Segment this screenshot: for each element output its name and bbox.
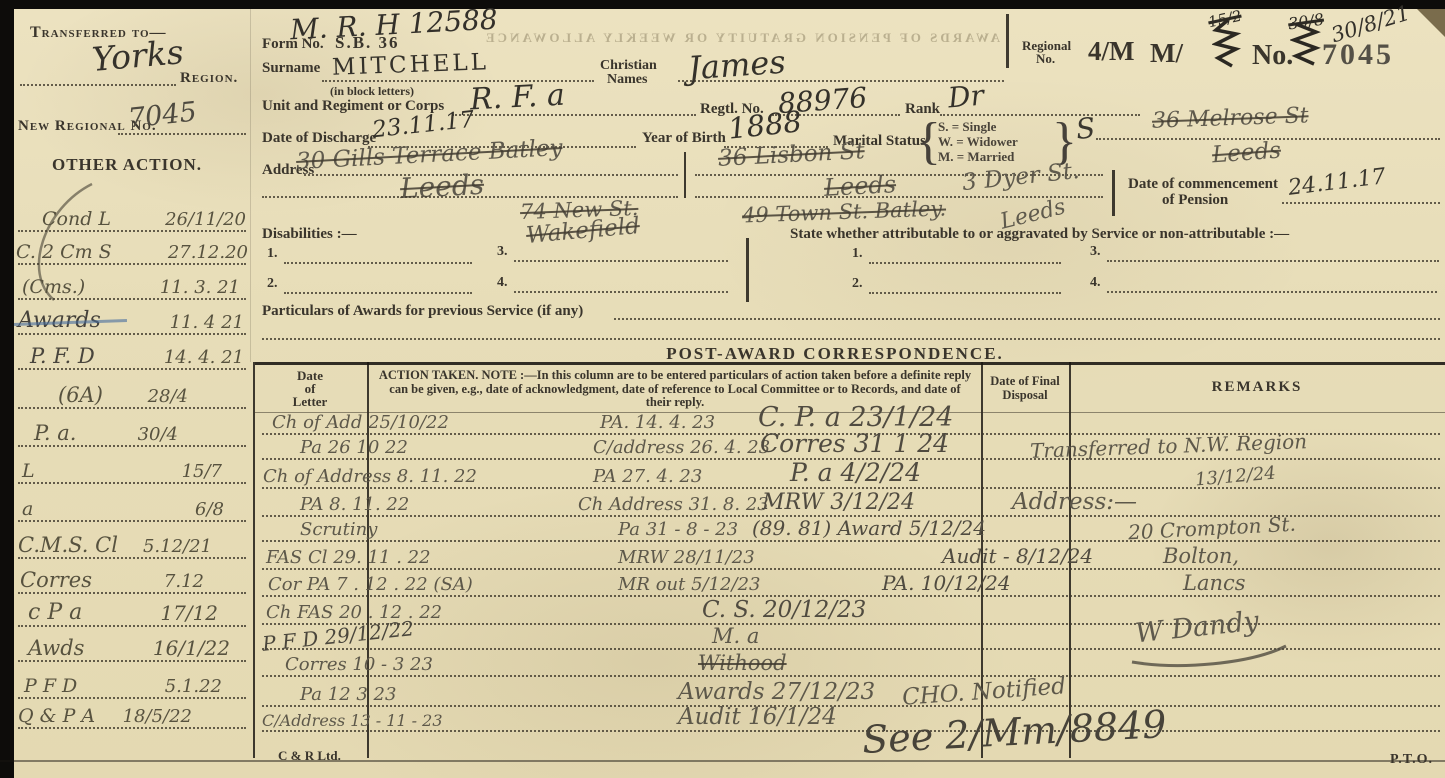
entry-code: Cond L — [42, 208, 111, 230]
dotted-line — [262, 338, 1440, 340]
entry-code: C.M.S. Cl — [18, 533, 118, 557]
unit-value: R. F. a — [469, 78, 565, 118]
action-taken-entry: Audit - 8/12/24 — [942, 544, 1093, 568]
previous-awards-label: Particulars of Awards for previous Servi… — [262, 303, 583, 320]
other-action-entry: (6A)28/4 — [16, 379, 248, 407]
entry-date: 17/12 — [160, 601, 218, 625]
dotted-line — [18, 625, 246, 627]
dotted-line — [18, 298, 246, 300]
dotted-line — [18, 557, 246, 559]
marital-legend-single: S. = Single — [938, 119, 996, 135]
dotted-line — [1282, 202, 1440, 204]
entry-code: (Cms.) — [22, 276, 85, 298]
dotted-line — [284, 262, 472, 264]
dotted-line — [18, 482, 246, 484]
disability-item-2: 2. — [267, 276, 278, 292]
action-taken-entry: P. a 4/2/24 — [790, 458, 921, 487]
scan-edge-top — [0, 0, 1445, 9]
pension-commencement-value: 24.11.17 — [1287, 164, 1387, 201]
entry-code: Awards — [18, 308, 101, 333]
action-taken-entry-crossed: Withood — [698, 651, 787, 675]
date-of-letter-entry: Scrutiny — [300, 519, 377, 540]
card-bottom-edge — [0, 760, 1445, 762]
dotted-line — [18, 407, 246, 409]
date-of-letter-entry: Ch of Address 8. 11. 22 — [263, 466, 477, 487]
old-address-crossed: Leeds — [399, 168, 485, 205]
entry-date: 7.12 — [164, 571, 204, 592]
entry-code: (6A) — [58, 383, 103, 407]
christian-names-label-2: Names — [607, 72, 647, 88]
other-action-entry: (Cms.)11. 3. 21 — [16, 270, 248, 298]
pto-label: P.T.O. — [1390, 752, 1433, 768]
dotted-line — [514, 260, 728, 262]
dotted-line — [18, 368, 246, 370]
dotted-line — [1107, 260, 1439, 262]
other-action-entry: a6/8 — [16, 492, 248, 520]
pension-record-card: Transferred to— Yorks Region. New Region… — [0, 0, 1445, 778]
surname-note: (in block letters) — [330, 84, 414, 99]
attributable-label: State whether attributable to or aggrava… — [790, 226, 1289, 243]
action-taken-entry: Audit 16/1/24 — [678, 704, 837, 730]
entry-date: 16/1/22 — [153, 636, 230, 660]
dotted-line — [869, 262, 1061, 264]
entry-code: P. a. — [34, 421, 76, 445]
dotted-line — [452, 114, 696, 116]
old-address-crossed: Leeds — [1211, 138, 1282, 169]
entry-code: L — [22, 460, 35, 482]
regional-no-label-2: No. — [1036, 51, 1055, 67]
entry-date: 5.12/21 — [143, 536, 212, 557]
old-address-crossed: 49 Town St. Batley. — [742, 196, 947, 227]
disability-item-3: 3. — [497, 244, 508, 260]
dotted-line — [18, 445, 246, 447]
dotted-line — [20, 84, 176, 86]
disabilities-label: Disabilities :— — [262, 226, 357, 243]
other-action-entry: Q & P A18/5/22 — [16, 699, 248, 727]
entry-date: 6/8 — [195, 499, 224, 520]
dotted-line — [18, 660, 246, 662]
region-suffix-label: Region. — [180, 70, 238, 87]
other-action-entry: P F D5.1.22 — [16, 669, 248, 697]
printer-imprint: C & R Ltd. — [278, 748, 341, 764]
attributable-item-3: 3. — [1090, 244, 1101, 260]
entry-code: Awds — [28, 636, 84, 660]
disability-item-4: 4. — [497, 275, 508, 291]
regional-code-2: M/ — [1150, 38, 1183, 69]
table-row: C/Address 13 - 11 - 23 Audit 16/1/24 — [255, 701, 1445, 731]
divider-line — [1006, 14, 1009, 68]
other-action-heading: OTHER ACTION. — [52, 155, 202, 175]
action-taken-entry: MRW 28/11/23 — [618, 547, 755, 568]
entry-date: 18/5/22 — [123, 706, 192, 727]
form-no-label: Form No. — [262, 36, 324, 53]
action-taken-entry: (89. 81) Award 5/12/24 — [752, 516, 986, 540]
dotted-line — [18, 592, 246, 594]
pension-commencement-label-2: of Pension — [1162, 192, 1228, 209]
action-taken-entry: M. a — [712, 624, 759, 648]
entry-code: P. F. D — [30, 344, 95, 368]
no-label: No. — [1252, 40, 1293, 72]
other-action-entry: Awards11. 4 21 — [16, 305, 248, 333]
table-row: Scrutiny Pa 31 - 8 - 23 (89. 81) Award 5… — [255, 511, 1445, 541]
rank-value: Dr — [947, 79, 986, 115]
regional-code-1: 4/M — [1088, 36, 1135, 67]
regional-no-value: 7045 — [1322, 38, 1394, 72]
attributable-item-1: 1. — [852, 246, 863, 262]
column-header-remarks: REMARKS — [1069, 379, 1445, 396]
entry-date: 14. 4. 21 — [164, 347, 244, 368]
dotted-line — [940, 114, 1140, 116]
signature-flourish — [1130, 644, 1290, 670]
attributable-item-2: 2. — [852, 276, 863, 292]
action-taken-entry: PA. 10/12/24 — [882, 571, 1011, 595]
action-taken-entry: PA 27. 4. 23 — [593, 466, 702, 487]
date-of-letter-entry: Pa 26 10 22 — [300, 437, 408, 458]
remarks-entry: Bolton, — [1163, 544, 1239, 568]
entry-date: 28/4 — [148, 386, 188, 407]
year-of-birth-label: Year of Birth — [642, 130, 726, 147]
date-of-letter-entry: FAS Cl 29. 11 . 22 — [266, 547, 431, 568]
entry-code: C. 2 Cm S — [16, 241, 112, 263]
date-of-letter-entry: Corres 10 - 3 23 — [285, 654, 433, 675]
disability-item-1: 1. — [267, 246, 278, 262]
marital-legend-married: M. = Married — [938, 149, 1014, 165]
date-of-letter-entry: C/Address 13 - 11 - 23 — [262, 711, 443, 730]
column-header-final-disposal: Disposal — [981, 388, 1069, 403]
other-action-entry: Awds16/1/22 — [16, 632, 248, 660]
action-taken-entry: Pa 31 - 8 - 23 — [618, 519, 738, 540]
dotted-line — [1107, 291, 1437, 293]
action-taken-entry: MR out 5/12/23 — [618, 574, 760, 595]
dotted-line — [18, 727, 246, 729]
other-action-entry: Corres7.12 — [16, 564, 248, 592]
dotted-line — [514, 291, 728, 293]
table-row: Cor PA 7 . 12 . 22 (SA) MR out 5/12/23 P… — [255, 566, 1445, 596]
table-row: Pa 26 10 22 C/address 26. 4. 23 Corres 3… — [255, 429, 1445, 459]
other-action-entry: P. F. D14. 4. 21 — [16, 340, 248, 368]
fold-line — [250, 9, 251, 362]
scan-edge-left — [0, 0, 14, 778]
new-regional-no-value: 7045 — [127, 96, 199, 134]
remarks-entry: Lancs — [1183, 571, 1246, 595]
action-taken-entry: C/address 26. 4. 23 — [593, 437, 770, 458]
entry-date: 26/11/20 — [165, 209, 246, 230]
table-row: Ch of Address 8. 11. 22 PA 27. 4. 23 P. … — [255, 458, 1445, 488]
marital-status-value: S — [1074, 111, 1097, 146]
table-top-rule — [255, 362, 1445, 365]
dotted-line — [118, 133, 246, 135]
entry-date: 5.1.22 — [165, 676, 222, 697]
entry-date: 11. 3. 21 — [160, 277, 240, 298]
divider-line — [684, 152, 686, 198]
entry-date: 30/4 — [138, 424, 178, 445]
dotted-line — [614, 318, 1440, 320]
entry-date: 15/7 — [182, 461, 222, 482]
entry-code: Corres — [20, 568, 92, 592]
divider-line — [746, 238, 749, 302]
entry-code: P F D — [24, 675, 77, 697]
entry-code: a — [22, 498, 33, 520]
surname-label: Surname — [262, 60, 320, 77]
other-action-entry: P. a.30/4 — [16, 417, 248, 445]
other-action-entry: c P a17/12 — [16, 597, 248, 625]
ink-scribble — [1290, 20, 1322, 68]
attributable-item-4: 4. — [1090, 275, 1101, 291]
entry-code: Q & P A — [18, 705, 95, 727]
surname-value: MITCHELL — [332, 49, 490, 80]
table-row: FAS Cl 29. 11 . 22 MRW 28/11/23 Audit - … — [255, 539, 1445, 569]
dotted-line — [284, 292, 472, 294]
region-value-handwritten: Yorks — [90, 32, 185, 79]
entry-date: 27.12.20 — [168, 242, 248, 263]
column-header-final-disposal: Date of Final — [981, 374, 1069, 389]
other-action-entry: Cond L26/11/20 — [16, 202, 248, 230]
divider-line — [1112, 170, 1115, 216]
form-no-value: S.B. 36 — [335, 33, 400, 53]
other-action-entry: C. 2 Cm S27.12.20 — [16, 235, 248, 263]
dotted-line — [304, 174, 678, 176]
entry-date: 11. 4 21 — [170, 312, 244, 333]
entry-code: c P a — [28, 600, 82, 625]
year-of-birth-value: 1888 — [726, 104, 803, 146]
post-award-title: POST-AWARD CORRESPONDENCE. — [600, 344, 1070, 364]
page-corner-fold — [1417, 9, 1445, 37]
dotted-line — [18, 263, 246, 265]
date-of-letter-entry: Cor PA 7 . 12 . 22 (SA) — [268, 574, 473, 595]
pension-commencement-label: Date of commencement — [1128, 176, 1278, 193]
other-action-entry: C.M.S. Cl5.12/21 — [16, 529, 248, 557]
ink-scribble — [1212, 18, 1242, 70]
old-address-crossed: 36 Melrose St — [1152, 103, 1309, 133]
dotted-line — [18, 333, 246, 335]
action-taken-entry: Corres 31 1 24 — [760, 429, 949, 458]
discharge-label: Date of Discharge — [262, 130, 376, 147]
dotted-line — [869, 292, 1061, 294]
dotted-line — [18, 520, 246, 522]
dotted-line — [18, 230, 246, 232]
other-action-entry: L15/7 — [16, 454, 248, 482]
marital-legend-widower: W. = Widower — [938, 134, 1018, 150]
